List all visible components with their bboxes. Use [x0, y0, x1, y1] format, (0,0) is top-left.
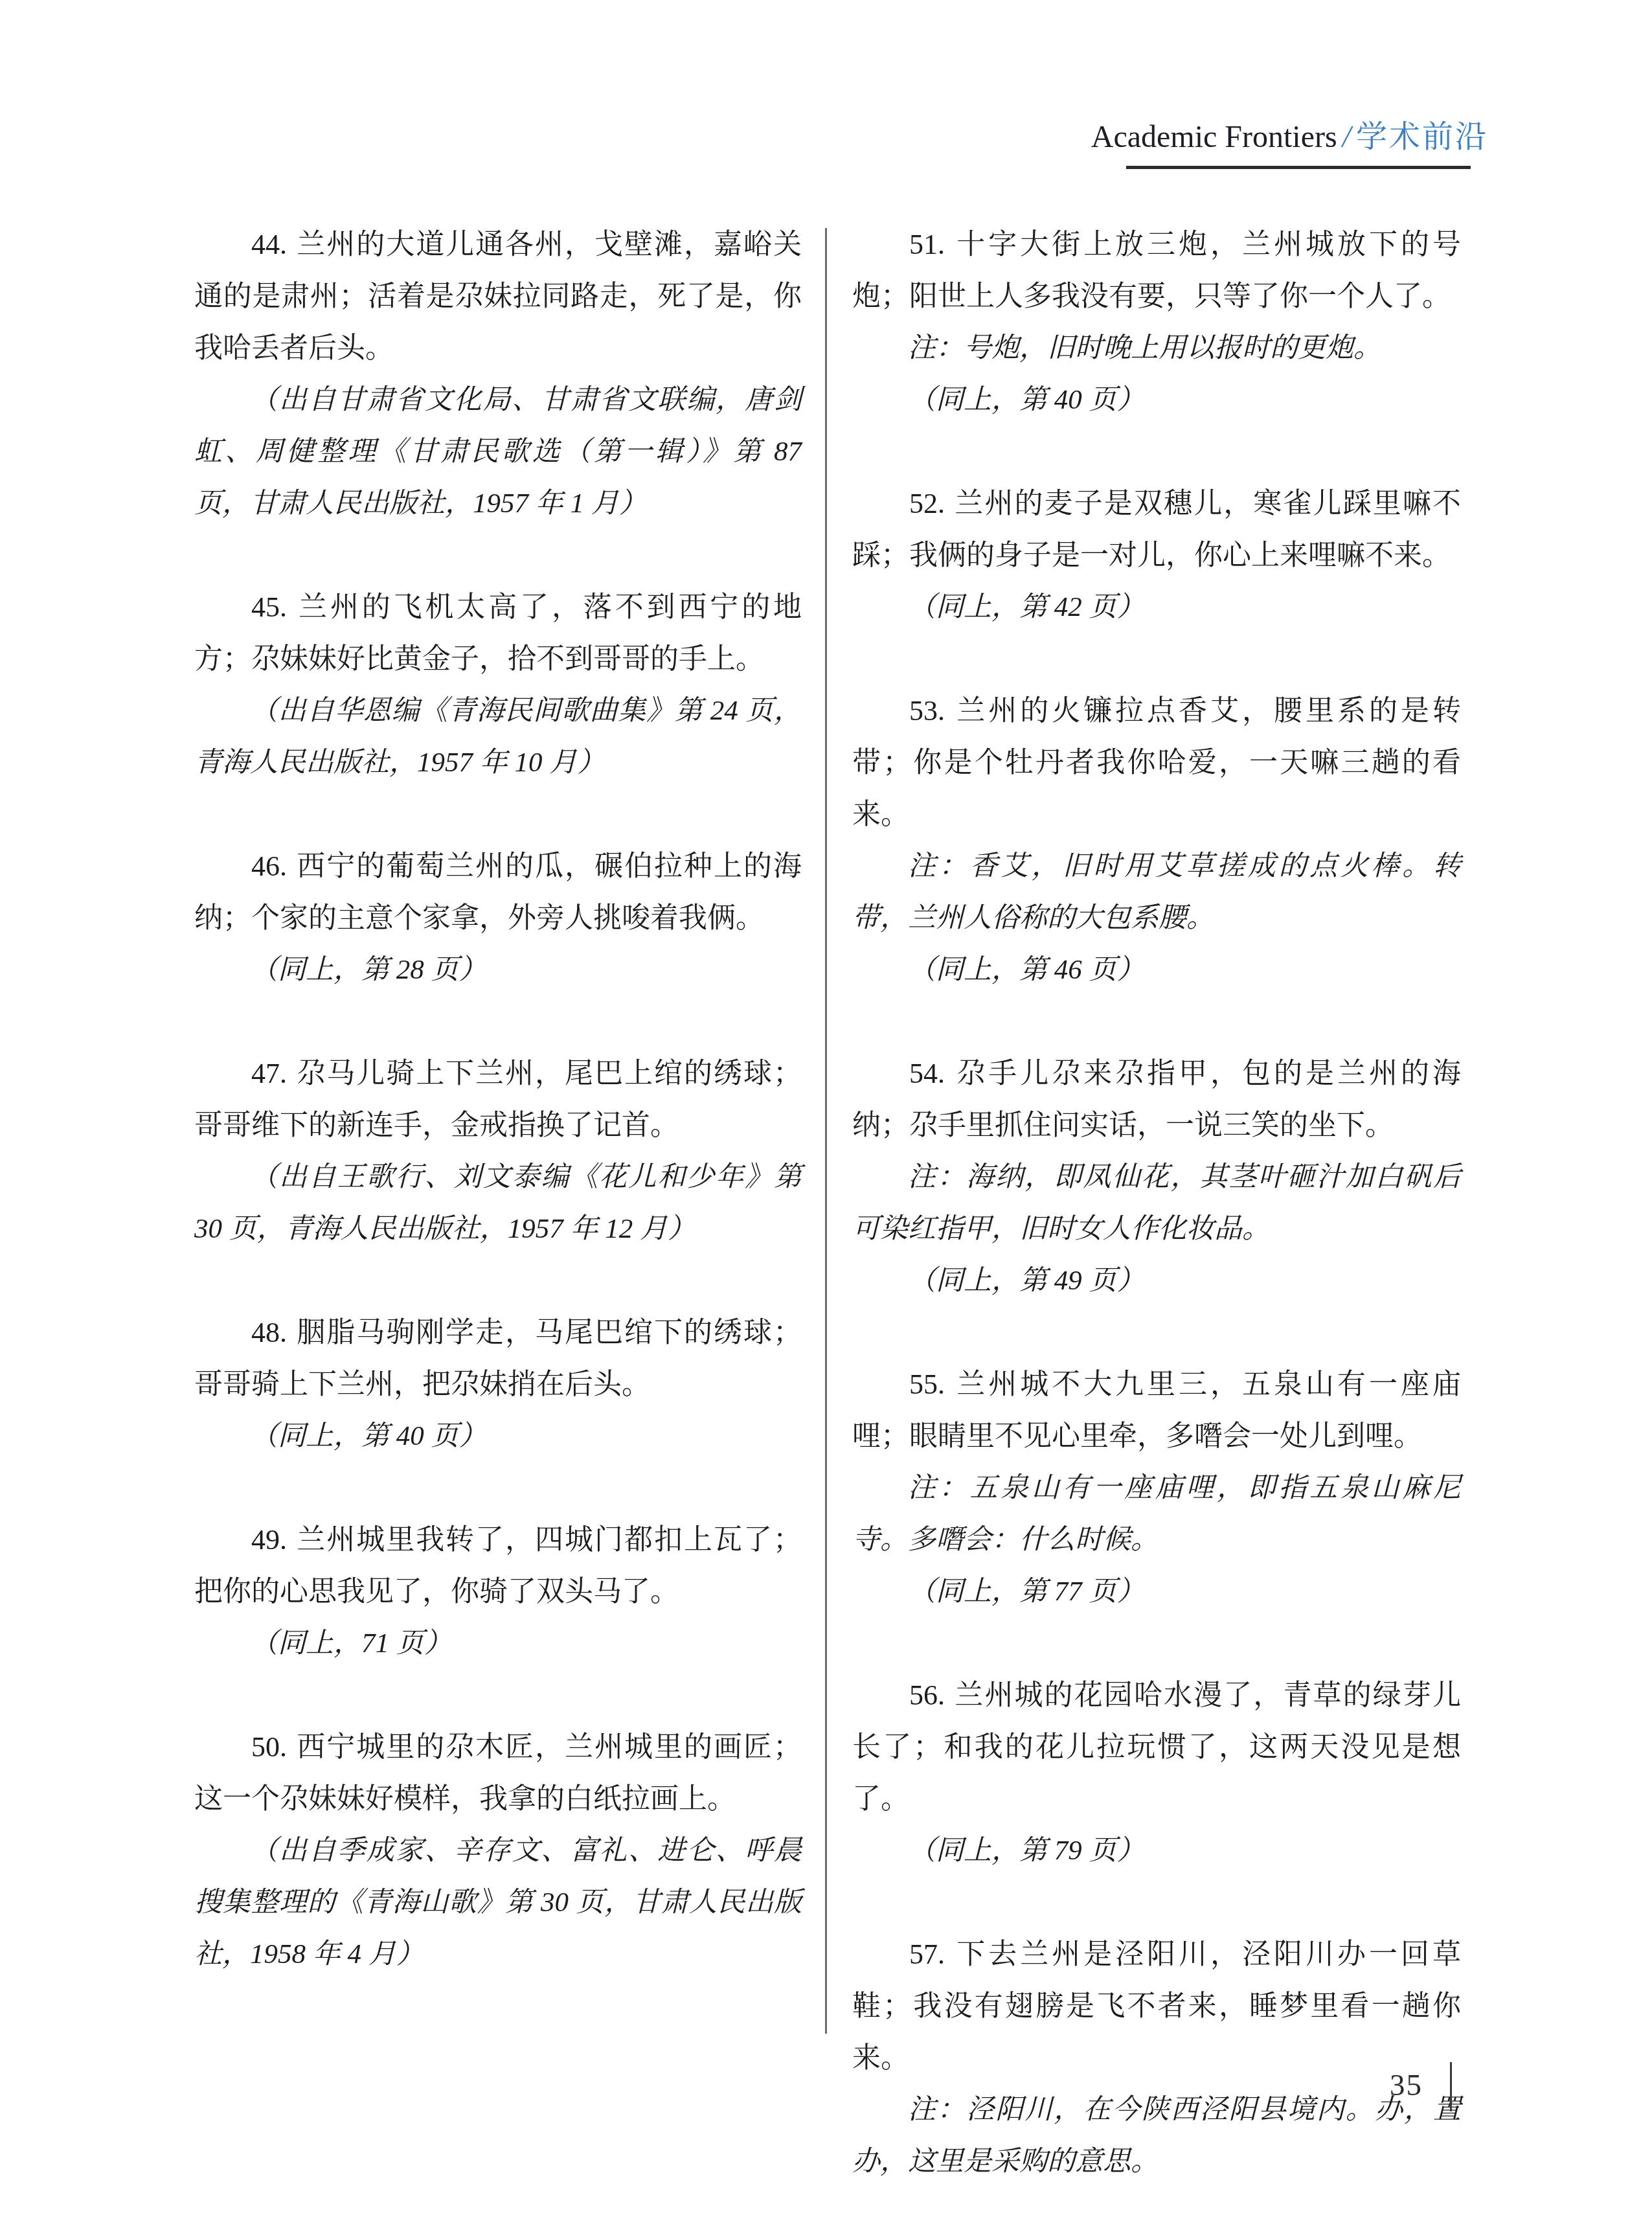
song-number: 54. [909, 1058, 953, 1089]
song-number: 48. [251, 1317, 295, 1348]
song-number: 49. [251, 1524, 295, 1556]
song-citation: （出自甘肃省文化局、甘肃省文联编，唐剑虹、周健整理《甘肃民歌选（第一辑）》第 8… [194, 374, 802, 530]
song-citation: （同上，第 49 页） [852, 1255, 1461, 1307]
song-line: 45.兰州的飞机太高了，落不到西宁的地方；尕妹妹好比黄金子，拾不到哥哥的手上。 [194, 582, 802, 685]
song-citation: （出自王歌行、刘文泰编《花儿和少年》第 30 页，青海人民出版社，1957 年 … [194, 1152, 802, 1255]
song-number: 44. [251, 229, 295, 260]
folk-song-item: 56.兰州城的花园哈水漫了，青草的绿芽儿长了；和我的花儿拉玩惯了，这两天没见是想… [852, 1670, 1461, 1877]
song-number: 51. [909, 229, 953, 260]
song-line: 56.兰州城的花园哈水漫了，青草的绿芽儿长了；和我的花儿拉玩惯了，这两天没见是想… [852, 1670, 1461, 1825]
journal-page: { "header": { "title_en": "Academic Fron… [0, 0, 1652, 2226]
song-citation: （同上，第 79 页） [852, 1825, 1461, 1877]
folk-song-item: 45.兰州的飞机太高了，落不到西宁的地方；尕妹妹好比黄金子，拾不到哥哥的手上。 … [194, 582, 802, 789]
song-number: 53. [909, 695, 953, 727]
folk-song-item: 57.下去兰州是泾阳川，泾阳川办一回草鞋；我没有翅膀是飞不者来，睡梦里看一趟你来… [852, 1929, 1461, 2188]
song-line: 53.兰州的火镰拉点香艾，腰里系的是转带；你是个牡丹者我你哈爱，一天嘛三趟的看来… [852, 685, 1461, 841]
song-note: 注：海纳，即凤仙花，其茎叶砸汁加白矾后可染红指甲，旧时女人作化妆品。 [852, 1152, 1461, 1255]
column-divider [825, 228, 827, 2034]
song-line: 51.十字大街上放三炮，兰州城放下的号炮；阳世上人多我没有要，只等了你一个人了。 [852, 219, 1461, 323]
song-number: 57. [909, 1938, 953, 1970]
song-number: 45. [251, 591, 295, 623]
folk-song-item: 48.胭脂马驹刚学走，马尾巴绾下的绣球；哥哥骑上下兰州，把尕妹捎在后头。 （同上… [194, 1307, 802, 1462]
song-line: 57.下去兰州是泾阳川，泾阳川办一回草鞋；我没有翅膀是飞不者来，睡梦里看一趟你来… [852, 1929, 1461, 2084]
song-citation: （同上，第 40 页） [194, 1411, 802, 1462]
song-number: 47. [251, 1058, 295, 1089]
song-citation: （同上，第 42 页） [852, 582, 1461, 633]
page-number: 35 [1390, 2068, 1423, 2103]
folk-song-item: 44.兰州的大道儿通各州，戈壁滩，嘉峪关通的是肃州；活着是尕妹拉同路走，死了是，… [194, 219, 802, 530]
page-number-divider [1450, 2062, 1452, 2111]
song-citation: （出自季成家、辛存文、富礼、进仑、呼晨搜集整理的《青海山歌》第 30 页，甘肃人… [194, 1825, 802, 1981]
song-citation: （同上，71 页） [194, 1618, 802, 1670]
folk-song-item: 51.十字大街上放三炮，兰州城放下的号炮；阳世上人多我没有要，只等了你一个人了。… [852, 219, 1461, 426]
header-title-zh: 学术前沿 [1356, 120, 1488, 154]
left-column: 44.兰州的大道儿通各州，戈壁滩，嘉峪关通的是肃州；活着是尕妹拉同路走，死了是，… [194, 219, 802, 1981]
header-title-en: Academic Frontiers [1091, 120, 1337, 154]
song-number: 55. [909, 1369, 953, 1400]
song-citation: （同上，第 46 页） [852, 944, 1461, 996]
song-line: 47.尕马儿骑上下兰州，尾巴上绾的绣球；哥哥维下的新连手，金戒指换了记首。 [194, 1048, 802, 1152]
song-line: 48.胭脂马驹刚学走，马尾巴绾下的绣球；哥哥骑上下兰州，把尕妹捎在后头。 [194, 1307, 802, 1411]
folk-song-item: 54.尕手儿尕来尕指甲，包的是兰州的海纳；尕手里抓住问实话，一说三笑的坐下。 注… [852, 1048, 1461, 1307]
folk-song-item: 47.尕马儿骑上下兰州，尾巴上绾的绣球；哥哥维下的新连手，金戒指换了记首。 （出… [194, 1048, 802, 1255]
header-rule [1126, 166, 1471, 169]
song-note: 注：泾阳川，在今陕西泾阳县境内。办，置办，这里是采购的意思。 [852, 2084, 1461, 2188]
song-line: 49.兰州城里我转了，四城门都扣上瓦了；把你的心思我见了，你骑了双头马了。 [194, 1514, 802, 1618]
folk-song-item: 53.兰州的火镰拉点香艾，腰里系的是转带；你是个牡丹者我你哈爱，一天嘛三趟的看来… [852, 685, 1461, 996]
song-line: 44.兰州的大道儿通各州，戈壁滩，嘉峪关通的是肃州；活着是尕妹拉同路走，死了是，… [194, 219, 802, 374]
folk-song-item: 46.西宁的葡萄兰州的瓜，碾伯拉种上的海纳；个家的主意个家拿，外旁人挑唆着我俩。… [194, 841, 802, 996]
page-header: Academic Frontiers/学术前沿 [1091, 122, 1488, 153]
song-number: 56. [909, 1679, 953, 1711]
song-note: 注：五泉山有一座庙哩，即指五泉山麻尼寺。多噆会：什么时候。 [852, 1462, 1461, 1566]
song-citation: （出自华恩编《青海民间歌曲集》第 24 页，青海人民出版社，1957 年 10 … [194, 685, 802, 789]
song-number: 50. [251, 1731, 295, 1763]
right-column: 51.十字大街上放三炮，兰州城放下的号炮；阳世上人多我没有要，只等了你一个人了。… [852, 219, 1461, 2188]
song-citation: （同上，第 40 页） [852, 374, 1461, 426]
song-line: 46.西宁的葡萄兰州的瓜，碾伯拉种上的海纳；个家的主意个家拿，外旁人挑唆着我俩。 [194, 841, 802, 944]
folk-song-item: 50.西宁城里的尕木匠，兰州城里的画匠；这一个尕妹妹好模样，我拿的白纸拉画上。 … [194, 1721, 802, 1981]
folk-song-item: 49.兰州城里我转了，四城门都扣上瓦了；把你的心思我见了，你骑了双头马了。 （同… [194, 1514, 802, 1670]
song-note: 注：号炮，旧时晚上用以报时的更炮。 [852, 323, 1461, 374]
song-citation: （同上，第 77 页） [852, 1566, 1461, 1618]
header-separator: / [1337, 120, 1356, 154]
song-line: 52.兰州的麦子是双穗儿，寒雀儿踩里嘛不踩；我俩的身子是一对儿，你心上来哩嘛不来… [852, 478, 1461, 582]
song-citation: （同上，第 28 页） [194, 944, 802, 996]
song-number: 52. [909, 488, 953, 519]
song-line: 55.兰州城不大九里三，五泉山有一座庙哩；眼睛里不见心里牵，多噆会一处儿到哩。 [852, 1359, 1461, 1462]
folk-song-item: 52.兰州的麦子是双穗儿，寒雀儿踩里嘛不踩；我俩的身子是一对儿，你心上来哩嘛不来… [852, 478, 1461, 633]
song-note: 注：香艾，旧时用艾草搓成的点火棒。转带，兰州人俗称的大包系腰。 [852, 841, 1461, 944]
song-line: 54.尕手儿尕来尕指甲，包的是兰州的海纳；尕手里抓住问实话，一说三笑的坐下。 [852, 1048, 1461, 1152]
song-line: 50.西宁城里的尕木匠，兰州城里的画匠；这一个尕妹妹好模样，我拿的白纸拉画上。 [194, 1721, 802, 1825]
folk-song-item: 55.兰州城不大九里三，五泉山有一座庙哩；眼睛里不见心里牵，多噆会一处儿到哩。 … [852, 1359, 1461, 1618]
song-number: 46. [251, 850, 295, 882]
